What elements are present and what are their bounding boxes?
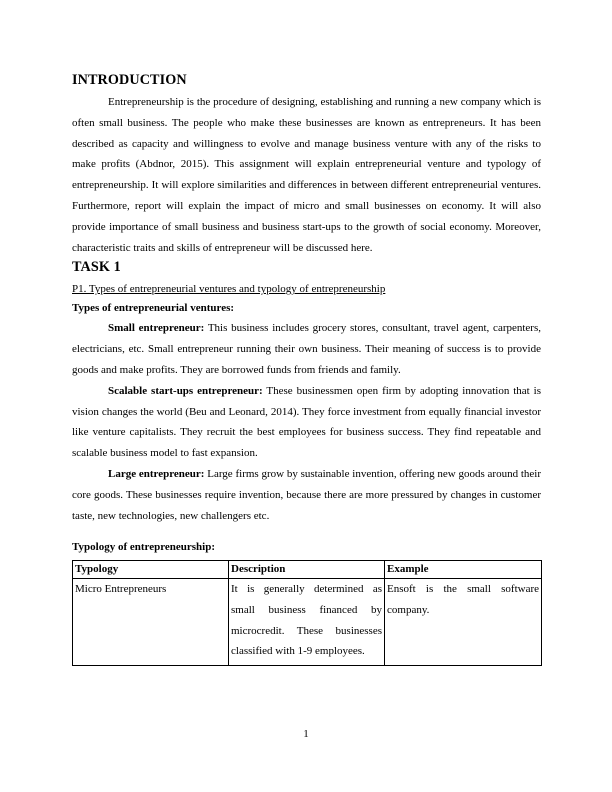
typology-heading: Typology of entrepreneurship: (72, 538, 541, 556)
task1-heading: TASK 1 (72, 258, 541, 276)
table-header-row: Typology Description Example (73, 561, 542, 579)
type-label: Large entrepreneur: (108, 468, 204, 480)
typology-table: Typology Description Example Micro Entre… (72, 560, 542, 666)
type-paragraph-small: Small entrepreneur: This business includ… (72, 318, 541, 380)
p1-title-text: P1. Types of entrepreneurial ventures an… (72, 283, 385, 295)
p1-title: P1. Types of entrepreneurial ventures an… (72, 280, 541, 298)
document-page: INTRODUCTION Entrepreneurship is the pro… (0, 0, 612, 792)
type-label: Small entrepreneur: (108, 322, 204, 334)
page-number: 1 (0, 728, 612, 740)
table-row: Micro Entrepreneurs It is generally dete… (73, 579, 542, 666)
type-label: Scalable start-ups entrepreneur: (108, 385, 263, 397)
types-heading: Types of entrepreneurial ventures: (72, 298, 541, 318)
column-header-description: Description (229, 561, 385, 579)
cell-example: Ensoft is the small software company. (385, 579, 542, 666)
introduction-paragraph: Entrepreneurship is the procedure of des… (72, 92, 541, 258)
type-paragraph-large: Large entrepreneur: Large firms grow by … (72, 464, 541, 526)
introduction-heading: INTRODUCTION (72, 71, 541, 89)
column-header-example: Example (385, 561, 542, 579)
column-header-typology: Typology (73, 561, 229, 579)
page-content: INTRODUCTION Entrepreneurship is the pro… (72, 71, 541, 666)
cell-typology: Micro Entrepreneurs (73, 579, 229, 666)
cell-description: It is generally determined as small busi… (229, 579, 385, 666)
type-paragraph-scalable: Scalable start-ups entrepreneur: These b… (72, 381, 541, 464)
